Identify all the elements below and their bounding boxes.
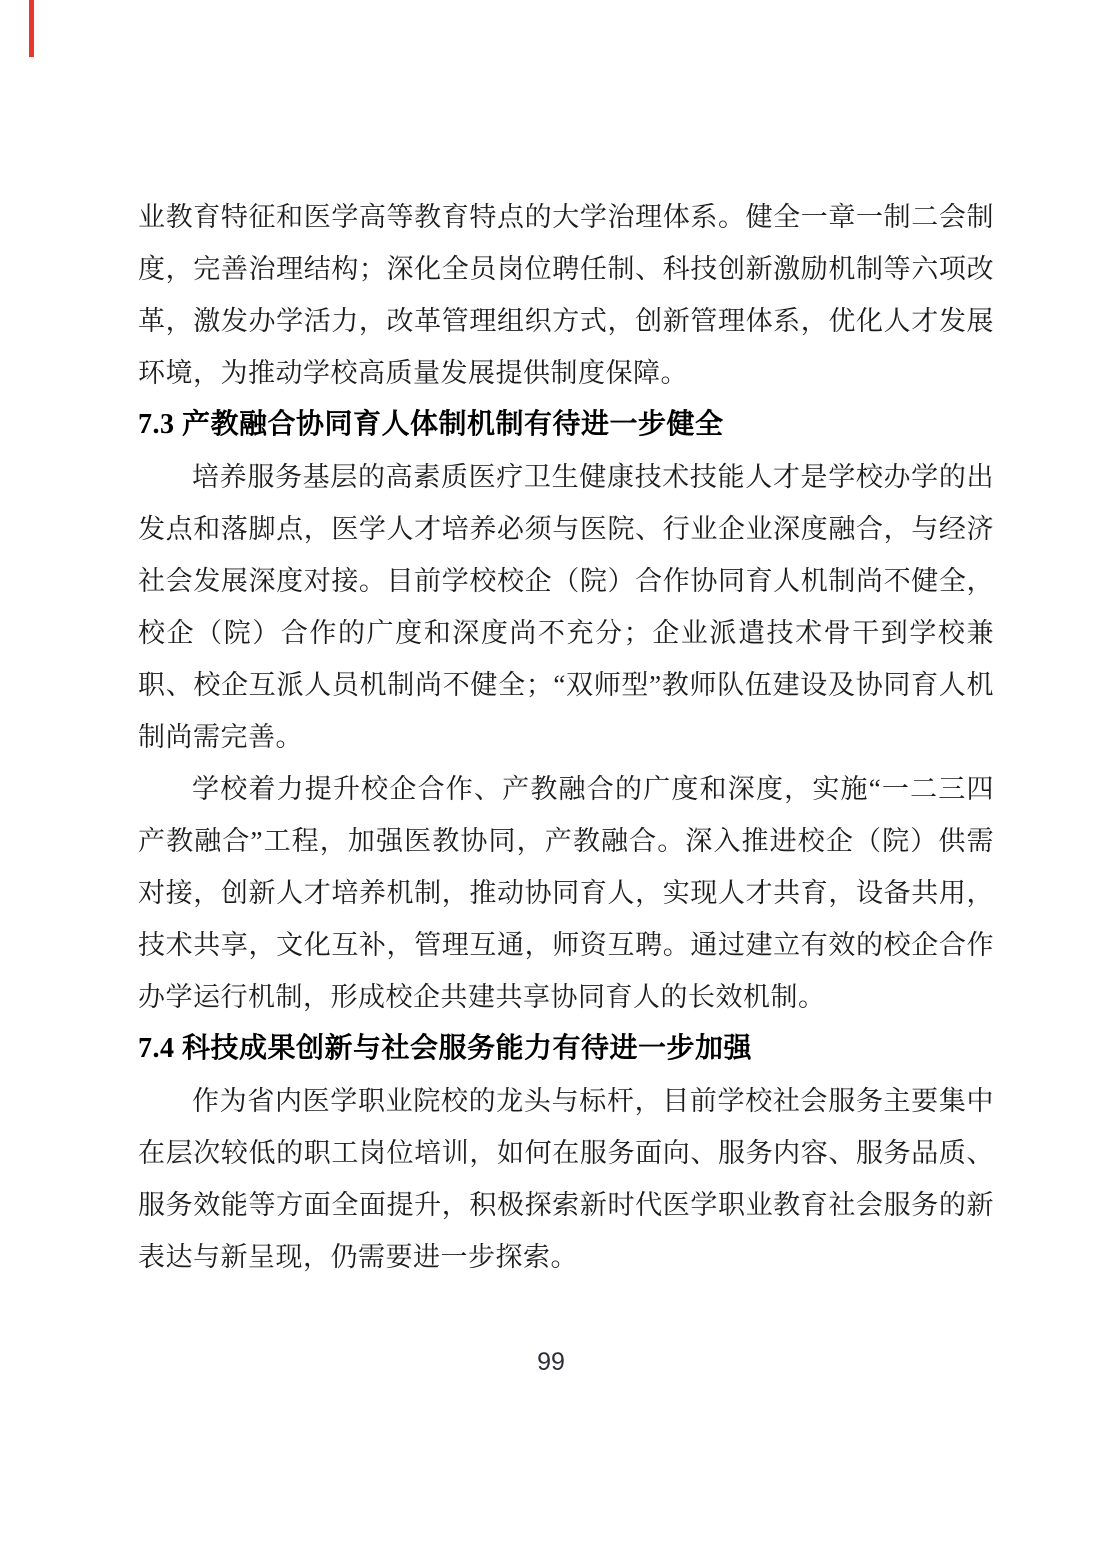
heading-section-7-3: 7.3 产教融合协同育人体制机制有待进一步健全 [138, 399, 994, 451]
paragraph-7-4-problems: 作为省内医学职业院校的龙头与标杆，目前学校社会服务主要集中在层次较低的职工岗位培… [138, 1075, 994, 1283]
red-corner-mark [29, 0, 34, 57]
paragraph-governance-continuation: 业教育特征和医学高等教育特点的大学治理体系。健全一章一制二会制度，完善治理结构；… [138, 191, 994, 399]
heading-section-7-4: 7.4 科技成果创新与社会服务能力有待进一步加强 [138, 1023, 994, 1075]
page-content: 业教育特征和医学高等教育特点的大学治理体系。健全一章一制二会制度，完善治理结构；… [138, 191, 994, 1283]
paragraph-7-3-measures: 学校着力提升校企合作、产教融合的广度和深度，实施“一二三四产教融合”工程，加强医… [138, 763, 994, 1023]
document-page: 业教育特征和医学高等教育特点的大学治理体系。健全一章一制二会制度，完善治理结构；… [0, 0, 1102, 1559]
page-number: 99 [0, 1345, 1102, 1379]
paragraph-7-3-problems: 培养服务基层的高素质医疗卫生健康技术技能人才是学校办学的出发点和落脚点，医学人才… [138, 451, 994, 763]
